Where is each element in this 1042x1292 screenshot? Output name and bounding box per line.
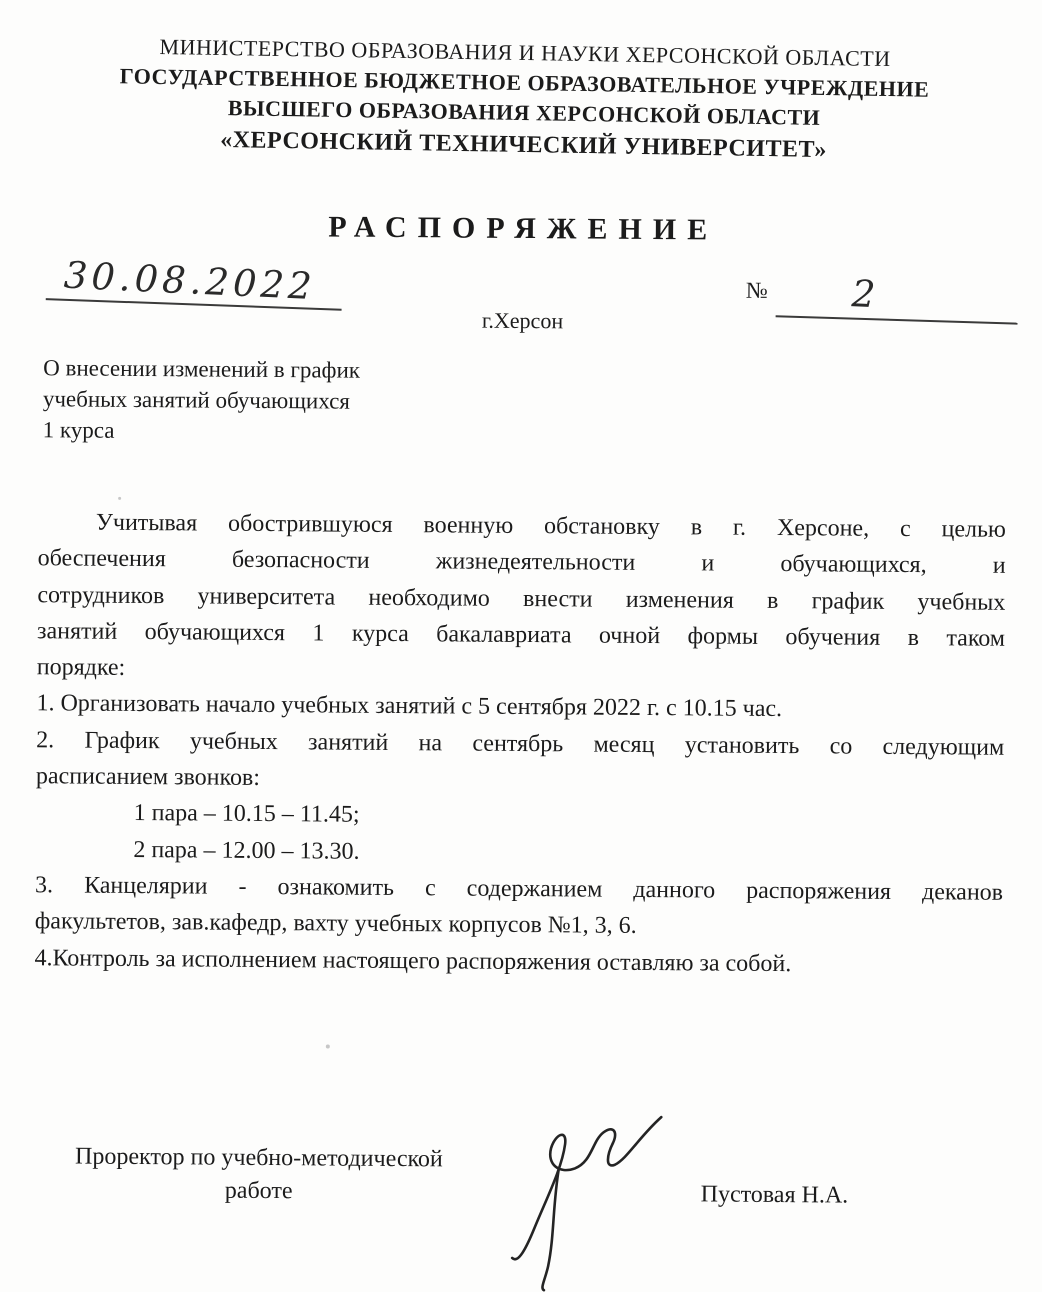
scan-noise-dot [326,1044,330,1048]
scanned-document-page: МИНИСТЕРСТВО ОБРАЗОВАНИЯ И НАУКИ ХЕРСОНС… [0,0,1042,1292]
body-text: Учитывая обострившуюся военную обстановк… [34,504,1006,983]
signer-position-line-2: работе [33,1173,485,1210]
subject-line: О внесении изменений в график [43,352,503,387]
signer-name: Пустовая Н.А. [701,1181,849,1209]
document-title: РАСПОРЯЖЕНИЕ [2,208,1042,250]
organization-header: МИНИСТЕРСТВО ОБРАЗОВАНИЯ И НАУКИ ХЕРСОНС… [2,29,1042,168]
signer-position-line-1: Проректор по учебно-методической [33,1140,485,1177]
subject-block: О внесении изменений в графикучебных зан… [43,352,504,449]
document-content: МИНИСТЕРСТВО ОБРАЗОВАНИЯ И НАУКИ ХЕРСОНС… [0,0,1042,1292]
subject-line: учебных занятий обучающихся [43,383,503,418]
signer-position: Проректор по учебно-методической работе [33,1140,486,1210]
signature-scribble [488,1106,699,1292]
scan-noise-dot [118,497,121,500]
body-line: 4.Контроль за исполнением настоящего рас… [34,940,1002,984]
number-sign-label: № [746,278,768,303]
subject-line: 1 курса [43,414,503,449]
